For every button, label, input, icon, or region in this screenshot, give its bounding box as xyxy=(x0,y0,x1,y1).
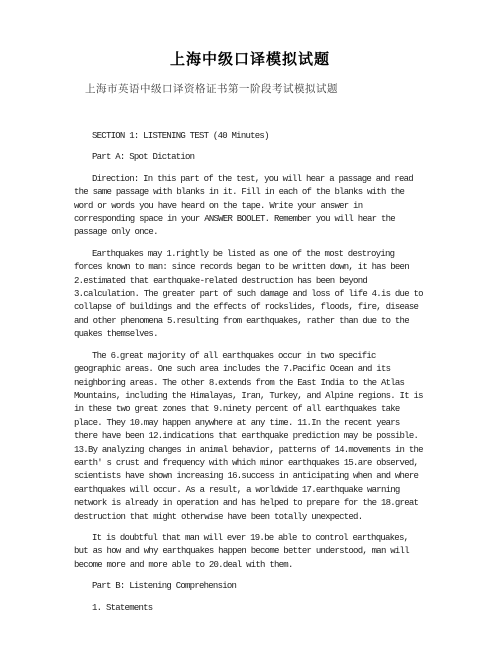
part-a-heading: Part A: Spot Dictation xyxy=(74,151,426,164)
body-paragraph-2: The 6.great majority of all earthquakes … xyxy=(74,350,426,524)
document-title: 上海中级口译模拟试题 xyxy=(74,50,426,68)
document-page: 上海中级口译模拟试题 上海市英语中级口译资格证书第一阶段考试模拟试题 SECTI… xyxy=(0,0,502,649)
direction-paragraph: Direction: In this part of the test, you… xyxy=(74,173,426,240)
part-b-heading: Part B: Listening Comprehension xyxy=(74,580,426,593)
part-b-item-statements: 1. Statements xyxy=(74,602,426,615)
document-subtitle: 上海市英语中级口译资格证书第一阶段考试模拟试题 xyxy=(74,82,426,96)
body-paragraph-1: Earthquakes may 1.rightly be listed as o… xyxy=(74,248,426,342)
document-content: 上海中级口译模拟试题 上海市英语中级口译资格证书第一阶段考试模拟试题 SECTI… xyxy=(0,0,502,615)
body-paragraph-3: It is doubtful that man will ever 19.be … xyxy=(74,532,426,572)
section-1-heading: SECTION 1: LISTENING TEST (40 Minutes) xyxy=(74,130,426,143)
